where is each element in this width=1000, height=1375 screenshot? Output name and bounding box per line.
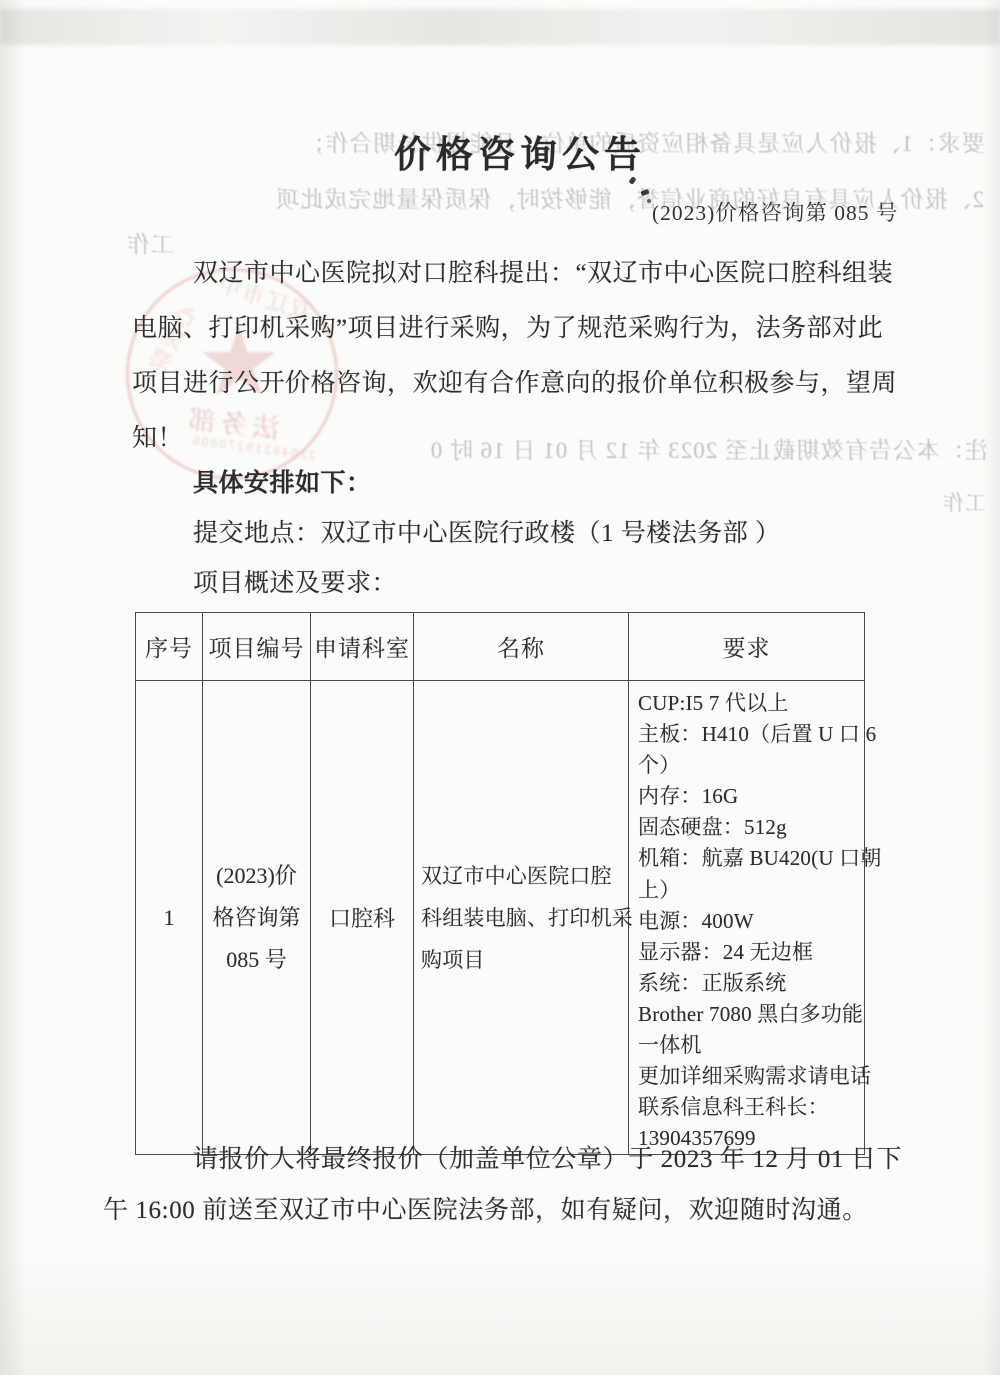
scanned-document-page: 要求：1、报价人应是具备相应资质的单位，且能提供长期合作； 2、报价人应具有良好… xyxy=(0,0,1000,1375)
table-header-row: 序号 项目编号 申请科室 名称 要求 xyxy=(136,613,865,681)
paragraph-line: 请报价人将最终报价（加盖单位公章）于 2023 年 12 月 01 日下 xyxy=(193,1134,931,1185)
header-name: 名称 xyxy=(414,613,629,681)
paragraph-line: 项目进行公开价格咨询，欢迎有合作意向的报价单位积极参与，望周 xyxy=(132,356,864,411)
procurement-table: 序号 项目编号 申请科室 名称 要求 1 (2023)价格咨询第085 号 口腔… xyxy=(135,612,865,1155)
document-number: (2023)价格咨询第 085 号 xyxy=(652,196,898,227)
overview-heading: 项目概述及要求： xyxy=(193,563,397,599)
cell-text-line: 科组装电脑、打印机采 xyxy=(421,897,628,939)
cell-text-line: (2023)价 xyxy=(203,855,310,897)
requirement-line: 联系信息科王科长： xyxy=(638,1092,860,1123)
cell-project-no: (2023)价格咨询第085 号 xyxy=(203,681,311,1155)
paragraph-line: 电脑、打印机采购”项目进行采购，为了规范采购行为，法务部对此 xyxy=(132,301,864,356)
requirement-line: 内存：16G xyxy=(638,781,860,812)
requirement-line: 固态硬盘：512g xyxy=(638,812,860,843)
cell-text-line: 085 号 xyxy=(203,939,310,981)
scan-edge-bottom xyxy=(0,1255,1000,1375)
header-requirements: 要求 xyxy=(629,613,865,681)
cell-text-line: 双辽市中心医院口腔 xyxy=(421,855,628,897)
requirement-line: Brother 7080 黑白多功能 xyxy=(638,999,860,1030)
requirement-line: 上） xyxy=(638,875,860,906)
requirement-line: 个） xyxy=(638,750,860,781)
header-department: 申请科室 xyxy=(311,613,414,681)
intro-paragraph: 双辽市中心医院拟对口腔科提出：“双辽市中心医院口腔科组装电脑、打印机采购”项目进… xyxy=(132,246,864,466)
closing-paragraph: 请报价人将最终报价（加盖单位公章）于 2023 年 12 月 01 日下午 16… xyxy=(103,1134,931,1236)
scan-edge-left xyxy=(0,0,26,1375)
paragraph-line: 午 16:00 前送至双辽市中心医院法务部，如有疑问，欢迎随时沟通。 xyxy=(103,1185,931,1236)
cell-project-name: 双辽市中心医院口腔科组装电脑、打印机采购项目 xyxy=(414,681,629,1155)
requirement-line: 机箱：航嘉 BU420(U 口朝 xyxy=(638,843,860,874)
scan-edge-band xyxy=(0,9,1000,45)
cell-department: 口腔科 xyxy=(311,681,414,1155)
requirement-line: 更加详细采购需求请电话 xyxy=(638,1061,860,1092)
requirement-line: 电源：400W xyxy=(638,906,860,937)
header-project-no: 项目编号 xyxy=(203,613,311,681)
scan-edge-right xyxy=(982,0,1000,1375)
requirement-line: 一体机 xyxy=(638,1030,860,1061)
cell-seq: 1 xyxy=(136,681,203,1155)
submit-location-line: 提交地点：双辽市中心医院行政楼（1 号楼法务部 ） xyxy=(193,513,781,549)
cell-requirements: CUP:I5 7 代以上主板：H410（后置 U 口 6个）内存：16G固态硬盘… xyxy=(629,681,865,1155)
cell-text-line: 格咨询第 xyxy=(203,897,310,939)
requirement-line: 系统：正版系统 xyxy=(638,968,860,999)
bleedthrough-line: 工作 xyxy=(942,487,986,517)
paragraph-line: 知！ xyxy=(132,411,864,466)
paragraph-line: 双辽市中心医院拟对口腔科提出：“双辽市中心医院口腔科组装 xyxy=(193,246,864,301)
arrangement-heading: 具体安排如下： xyxy=(193,463,372,499)
table-row: 1 (2023)价格咨询第085 号 口腔科 双辽市中心医院口腔科组装电脑、打印… xyxy=(136,681,865,1155)
header-seq: 序号 xyxy=(136,613,203,681)
cell-text-line: 购项目 xyxy=(421,939,628,981)
requirement-line: 主板：H410（后置 U 口 6 xyxy=(638,719,860,750)
requirement-line: CUP:I5 7 代以上 xyxy=(638,688,860,719)
ink-speck xyxy=(647,199,651,203)
document-title: 价格咨询公告 xyxy=(0,124,1000,178)
requirement-line: 显示器：24 无边框 xyxy=(638,937,860,968)
